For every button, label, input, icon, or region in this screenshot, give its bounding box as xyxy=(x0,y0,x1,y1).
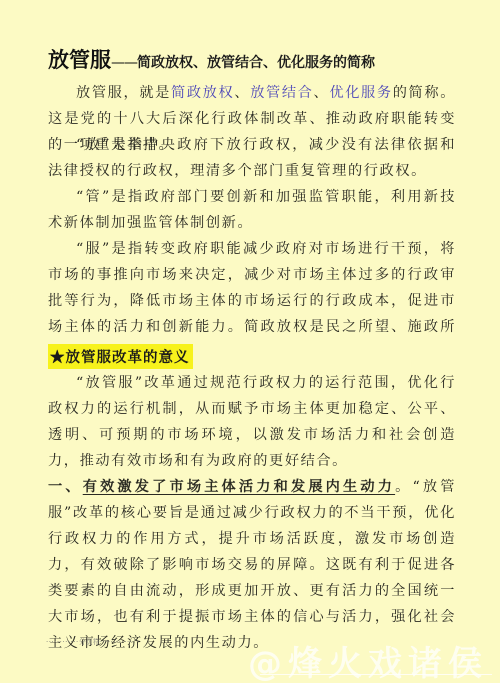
paragraph-point-one: 一、有效激发了市场主体活力和发展内生动力。“放管服”改革的核心要旨是通过减少行政… xyxy=(48,474,456,656)
title-dash: —— xyxy=(111,55,137,71)
paragraph-fang: “放”是指中央政府下放行政权，减少没有法律依据和法律授权的行政权，理清多个部门重… xyxy=(48,132,456,184)
title-subtitle: 简政放权、放管结合、优化服务的简称 xyxy=(137,55,375,71)
p1-sep: 、 xyxy=(234,85,250,101)
term-fangguanjiehe: 放管结合 xyxy=(250,85,313,101)
paragraph-significance: “放管服”改革通过规范行政权力的运行范围，优化行政权力的运行机制，从而赋予市场主… xyxy=(48,370,456,474)
page-break-marker: ············分页符············ xyxy=(46,637,132,647)
point-heading-underlined: 有效激发了市场主体活力和发展内生动力 xyxy=(83,479,395,495)
p1-prefix: 放管服，就是 xyxy=(76,85,171,101)
point-body: 。“放管服”改革的核心要旨是通过减少行政权力的不当干预，优化行政权力的作用方式，… xyxy=(48,479,456,651)
title-main: 放管服 xyxy=(48,48,111,72)
watermark: @烽火戏诸侯 xyxy=(248,636,488,683)
page-break-label: 分页符 xyxy=(79,638,100,646)
page-break-dots: ············ xyxy=(46,638,79,646)
point-number: 一、 xyxy=(48,479,83,495)
page-break-dots: ············ xyxy=(100,638,133,646)
section-heading-significance: ★放管服改革的意义 xyxy=(48,344,193,369)
paragraph-guan: “管”是指政府部门要创新和加强监管职能，利用新技术新体制加强监管体制创新。 xyxy=(48,184,456,236)
term-jianzhengfangquan: 简政放权 xyxy=(171,85,234,101)
document-title: 放管服——简政放权、放管结合、优化服务的简称 xyxy=(48,44,375,74)
p1-sep: 、 xyxy=(314,85,330,101)
term-youhuafuwu: 优化服务 xyxy=(329,85,392,101)
watermark-underline xyxy=(260,674,492,675)
